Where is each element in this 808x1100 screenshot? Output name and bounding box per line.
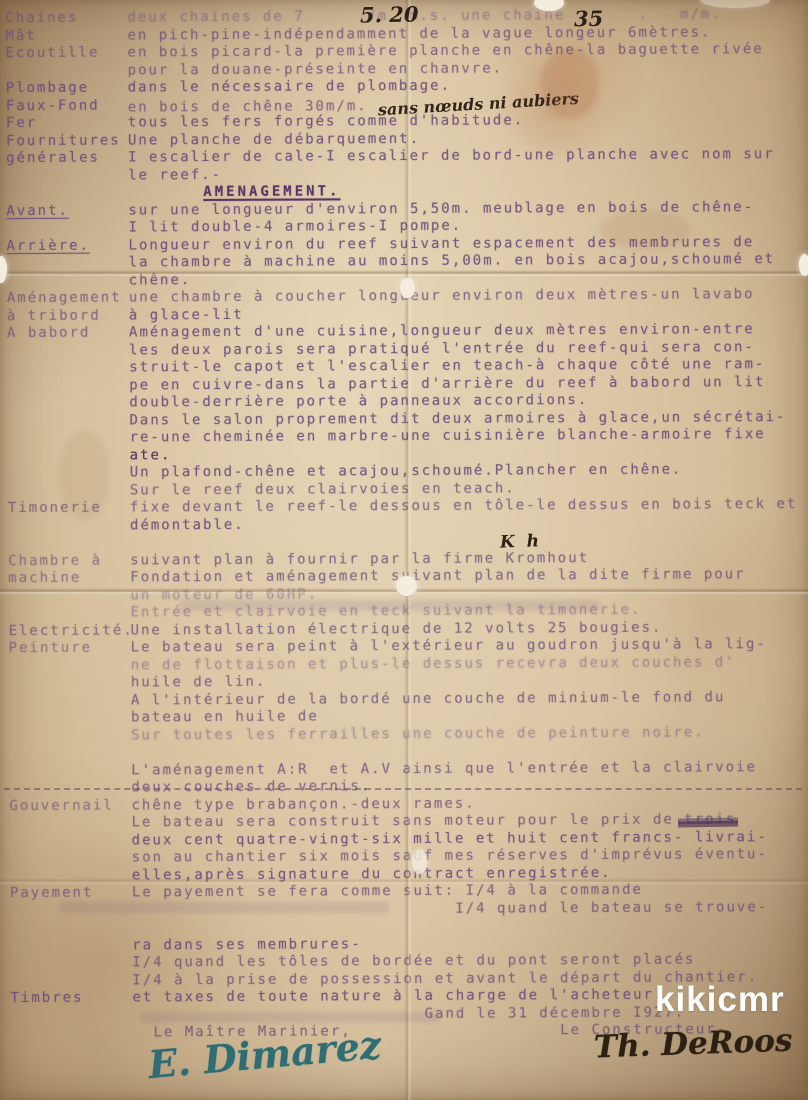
handwritten-kromhout-correction: K h: [500, 531, 540, 552]
line-label: générales: [6, 149, 128, 167]
line-label: [7, 394, 129, 395]
line-label: [9, 762, 131, 763]
line-label: Payement: [10, 884, 132, 902]
line-label: [8, 447, 130, 448]
line-label: [10, 937, 132, 938]
line-text: pour la douane-préseinte en chanvre.: [128, 60, 504, 78]
line-label: [8, 604, 130, 605]
paper-tear: [799, 254, 808, 276]
line-label: A babord: [7, 324, 129, 342]
line-text: Dans le salon proprement dit deux armoir…: [129, 408, 786, 427]
line-label: [6, 219, 128, 220]
line-label: [7, 254, 129, 255]
line-label: Gouvernail: [9, 797, 131, 815]
line-label: [6, 167, 128, 168]
line-text: et taxes de toute nature à la charge de …: [132, 987, 664, 1006]
line-label: [9, 709, 131, 710]
line-label: [7, 359, 129, 360]
line-text: Longueur environ du reef suivant espacem…: [128, 234, 754, 253]
line-text: une chambre à coucher longueur environ d…: [129, 286, 755, 305]
line-text: bateau en huile de: [131, 708, 319, 725]
line-label: [9, 779, 131, 780]
line-text: Un plafond-chêne et acajou,schoumé.Planc…: [130, 462, 683, 481]
line-label: Faux-Fond: [6, 97, 128, 115]
ghost-text: [180, 600, 600, 611]
line-text: Le bateau sera peint à l'extérieur au go…: [131, 636, 767, 655]
line-label: Plombage: [6, 79, 128, 97]
line-label: Avant.: [6, 202, 128, 220]
line-label: [7, 377, 129, 378]
line-label: [9, 744, 131, 745]
line-text: pe en cuivre-dans la partie d'arrière du…: [129, 374, 765, 393]
line-label: Aménagement: [7, 289, 129, 307]
line-text: fixe devant le reef-le dessous en tôle-l…: [130, 496, 798, 515]
line-label: Fournitures: [6, 132, 128, 150]
line-label: [8, 517, 130, 518]
line-text: Le payement se fera comme suit: I/4 à la…: [132, 882, 643, 901]
heading-text: AMENAGEMENT.: [203, 183, 340, 200]
line-text: I escalier de cale-I escalier de bord-un…: [128, 146, 775, 165]
line-text: deux couches de vernis.: [131, 778, 371, 795]
line-text: ate.: [130, 447, 172, 463]
line-label: [10, 849, 132, 850]
line-label: Fer: [6, 114, 128, 132]
line-label: Arrière.: [6, 237, 128, 255]
line-text: Aménagement d'une cuisine,longueur deux …: [129, 321, 755, 340]
line-text: Une planche de débarquement.: [128, 130, 420, 148]
line-text: dans le nécessaire de plombage.: [128, 78, 451, 96]
signature-constructeur: Th. DeRoos: [593, 1023, 793, 1066]
scanned-document-page: { "document": { "kind": "typed contract …: [0, 0, 808, 1100]
ghost-text: [140, 1012, 440, 1023]
paper-tear: [396, 576, 417, 596]
line-label: Peinture: [9, 639, 131, 657]
line-text: Le bateau sera construit sans moteur pou…: [132, 811, 737, 830]
line-text: I lit double-4 armoires-I pompe.: [128, 218, 462, 236]
line-text: Sur le reef deux clairvoies en teach.: [130, 480, 516, 498]
line-text: Une installation électrique de 12 volts …: [131, 619, 663, 638]
line-text: sur une longueur d'environ 5,50m. meubla…: [128, 199, 754, 218]
line-text: en pich-pine-indépendamment de la vague …: [127, 24, 711, 43]
document-lines: Chainesdeux chaines de 7 /m. m.s. une ch…: [0, 6, 808, 1043]
line-label: Ecoutille: [5, 44, 127, 62]
dashed-separator: [4, 788, 802, 790]
line-label: Mât: [5, 27, 127, 45]
line-label: à tribord: [7, 307, 129, 325]
line-text: A l'intérieur de la bordé une couche de …: [131, 689, 726, 708]
line-label: [10, 954, 132, 955]
line-text: la chambre à machine au moins 5,00m. en …: [129, 251, 776, 270]
line-label: [8, 482, 130, 483]
line-label: [6, 62, 128, 63]
line-label: [10, 814, 132, 815]
line-label: [10, 919, 132, 920]
line-text: chêne.: [129, 272, 192, 288]
line-label: [9, 727, 131, 728]
line-text: les deux parois sera pratiqué l'entrée d…: [129, 339, 755, 358]
line-text: I/4 quand les tôles de bordée et du pont…: [132, 951, 695, 970]
line-label: [11, 1024, 133, 1025]
line-label: [7, 412, 129, 413]
line-text: ra dans ses membrures-: [132, 936, 362, 953]
line-label: [9, 692, 131, 693]
line-text: le reef.-: [128, 166, 222, 182]
line-text: tous les fers forgés comme d'habitude.: [128, 112, 524, 130]
line-text: L'aménagement A:R et A.V ainsi que l'ent…: [131, 759, 757, 778]
line-text: suivant plan à fournir par la firme Krom…: [130, 550, 589, 568]
line-text: re-une cheminée en marbre-une cuisinière…: [129, 426, 765, 445]
line-label: Timbres: [10, 989, 132, 1007]
line-label: [10, 832, 132, 833]
paper-tear: [400, 278, 415, 298]
line-label: [8, 587, 130, 588]
line-label: Chambre à: [8, 552, 130, 570]
line-text: ne de flottaison et plus-le dessus recev…: [131, 654, 736, 673]
line-text: huile de lin.: [131, 674, 267, 691]
line-text: struit-le capot et l'escalier en teach-à…: [129, 356, 765, 375]
handwritten-chain-size: 5. 20: [360, 1, 419, 27]
line-text: démontable.: [130, 516, 245, 533]
line-label: [10, 867, 132, 868]
line-label: [8, 429, 130, 430]
line-label: Timonerie: [8, 499, 130, 517]
line-text: deux cent quatre-vingt-six mille et huit…: [132, 829, 768, 848]
line-text: son au chantier six mois sauf mes réserv…: [132, 846, 768, 865]
line-label: [8, 464, 130, 465]
line-text: Sur toutes les ferrailles une couche de …: [131, 724, 705, 743]
line-label: [10, 972, 132, 973]
line-text: deux chaines de 7 /m. m.s. une chaine . …: [127, 6, 722, 25]
line-label: [7, 342, 129, 343]
line-text: Fondation et aménagement suivant plan de…: [130, 566, 745, 585]
line-label: machine: [8, 569, 130, 587]
line-label: [11, 1007, 133, 1008]
line-label: Chaines: [5, 9, 127, 27]
line-text: chêne type brabançon.-deux rames.: [131, 795, 475, 813]
line-label: [8, 534, 130, 535]
line-label: [7, 272, 129, 273]
watermark-text: kikicmr: [655, 980, 785, 1020]
line-label: Electricité.: [9, 622, 131, 640]
line-text: à glace-lit: [129, 306, 244, 323]
ghost-text: [60, 902, 390, 913]
line-label: [9, 657, 131, 658]
paper-tear: [412, 850, 427, 874]
line-text: double-derrière porte à panneaux accordi…: [129, 392, 588, 410]
line-text: elles,après signature du contract enregi…: [132, 864, 612, 883]
handwritten-chain-size: 35: [574, 6, 604, 32]
line-label: [9, 674, 131, 675]
line-text: en bois picard-la première planche en ch…: [127, 41, 763, 60]
